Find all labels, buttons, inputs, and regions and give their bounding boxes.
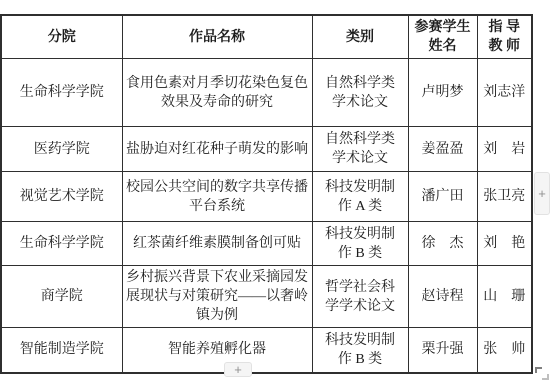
- cell-work-title[interactable]: 乡村振兴背景下农业采摘园发 展现状与对策研究——以奢岭 镇为例: [122, 266, 312, 328]
- cell-advisor[interactable]: 刘志洋: [477, 59, 532, 127]
- cell-category[interactable]: 科技发明制 作 B 类: [312, 328, 408, 373]
- cell-advisor[interactable]: 山 珊: [477, 266, 532, 328]
- cell-student[interactable]: 赵诗程: [408, 266, 477, 328]
- table-resize-handle-icon[interactable]: [535, 367, 550, 382]
- header-cell-work-title[interactable]: 作品名称: [122, 15, 312, 59]
- cell-work-title[interactable]: 红茶菌纤维素膜制备创可贴: [122, 222, 312, 266]
- cell-college[interactable]: 智能制造学院: [1, 328, 122, 373]
- add-column-button[interactable]: +: [534, 172, 550, 215]
- cell-student[interactable]: 徐 杰: [408, 222, 477, 266]
- cell-category[interactable]: 科技发明制 作 A 类: [312, 172, 408, 222]
- header-cell-advisor[interactable]: 指 导 教 师: [477, 15, 532, 59]
- header-cell-category[interactable]: 类别: [312, 15, 408, 59]
- table-row: 智能制造学院 智能养殖孵化器 科技发明制 作 B 类 栗升强 张 帅: [1, 328, 532, 373]
- resize-corner-mark: [542, 374, 549, 380]
- document-canvas: 分院 作品名称 类别 参赛学生 姓名 指 导 教 师 生命科学学院 食用色素对月…: [0, 0, 554, 387]
- cell-college[interactable]: 医药学院: [1, 127, 122, 172]
- cell-category[interactable]: 自然科学类 学术论文: [312, 59, 408, 127]
- cell-student[interactable]: 姜盈盈: [408, 127, 477, 172]
- table-row: 医药学院 盐胁迫对红花种子萌发的影响 自然科学类 学术论文 姜盈盈 刘 岩: [1, 127, 532, 172]
- cell-category[interactable]: 哲学社会科 学学术论文: [312, 266, 408, 328]
- cell-college[interactable]: 生命科学学院: [1, 59, 122, 127]
- cell-advisor[interactable]: 张 帅: [477, 328, 532, 373]
- table-row: 视觉艺术学院 校园公共空间的数字共享传播 平台系统 科技发明制 作 A 类 潘广…: [1, 172, 532, 222]
- table-row: 生命科学学院 食用色素对月季切花染色复色 效果及寿命的研究 自然科学类 学术论文…: [1, 59, 532, 127]
- cell-college[interactable]: 商学院: [1, 266, 122, 328]
- table-header-row: 分院 作品名称 类别 参赛学生 姓名 指 导 教 师: [1, 15, 532, 59]
- cell-college[interactable]: 生命科学学院: [1, 222, 122, 266]
- header-cell-student-name[interactable]: 参赛学生 姓名: [408, 15, 477, 59]
- cell-category[interactable]: 自然科学类 学术论文: [312, 127, 408, 172]
- cell-advisor[interactable]: 张卫亮: [477, 172, 532, 222]
- cell-work-title[interactable]: 食用色素对月季切花染色复色 效果及寿命的研究: [122, 59, 312, 127]
- cell-college[interactable]: 视觉艺术学院: [1, 172, 122, 222]
- cell-work-title[interactable]: 校园公共空间的数字共享传播 平台系统: [122, 172, 312, 222]
- table-row: 生命科学学院 红茶菌纤维素膜制备创可贴 科技发明制 作 B 类 徐 杰 刘 艳: [1, 222, 532, 266]
- cell-work-title[interactable]: 盐胁迫对红花种子萌发的影响: [122, 127, 312, 172]
- plus-icon: +: [538, 187, 546, 200]
- add-row-button[interactable]: +: [224, 362, 252, 377]
- competition-entries-table: 分院 作品名称 类别 参赛学生 姓名 指 导 教 师 生命科学学院 食用色素对月…: [0, 14, 533, 374]
- cell-category[interactable]: 科技发明制 作 B 类: [312, 222, 408, 266]
- table-row: 商学院 乡村振兴背景下农业采摘园发 展现状与对策研究——以奢岭 镇为例 哲学社会…: [1, 266, 532, 328]
- cell-student[interactable]: 潘广田: [408, 172, 477, 222]
- cell-student[interactable]: 卢明梦: [408, 59, 477, 127]
- cell-student[interactable]: 栗升强: [408, 328, 477, 373]
- header-cell-college[interactable]: 分院: [1, 15, 122, 59]
- cell-advisor[interactable]: 刘 岩: [477, 127, 532, 172]
- cell-advisor[interactable]: 刘 艳: [477, 222, 532, 266]
- cell-work-title[interactable]: 智能养殖孵化器: [122, 328, 312, 373]
- resize-corner-mark: [535, 367, 542, 373]
- plus-icon: +: [234, 363, 242, 376]
